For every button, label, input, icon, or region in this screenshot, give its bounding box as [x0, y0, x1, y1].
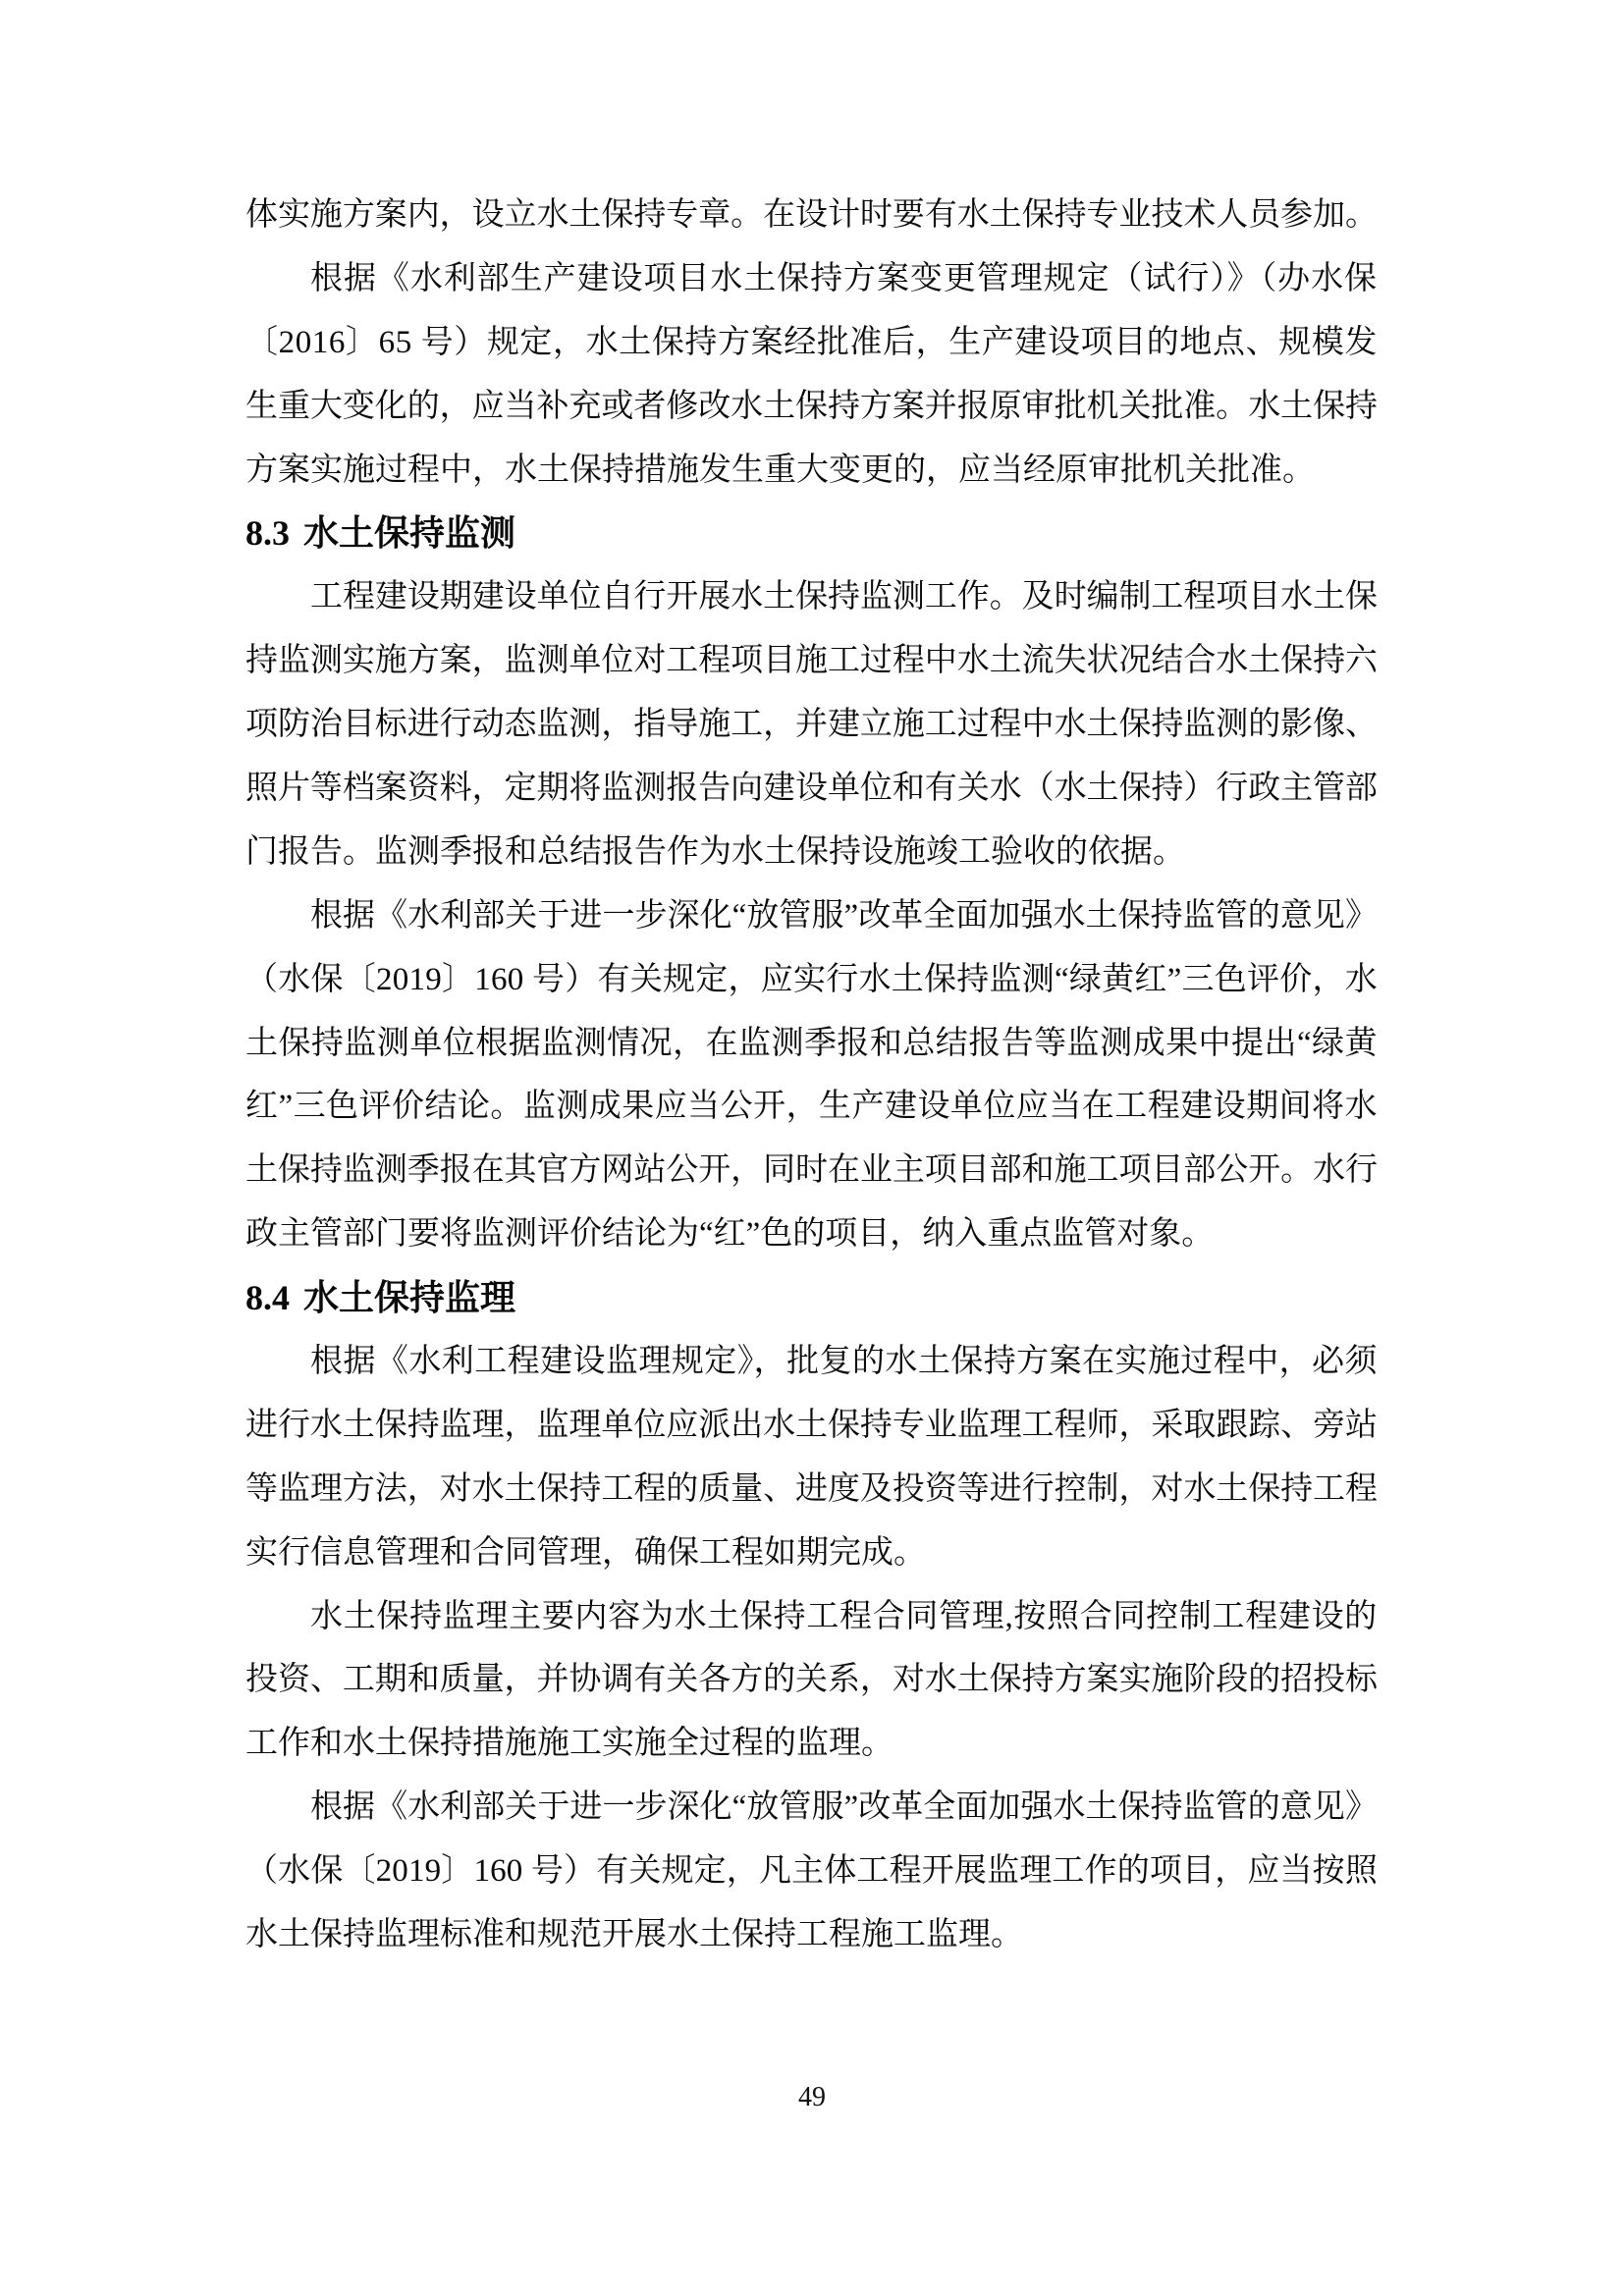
body-line: 根据《水利部关于进一步深化“放管服”改革全面加强水土保持监管的意见》	[245, 1776, 1378, 1840]
body-line: 政主管部门要将监测评价结论为“红”色的项目，纳入重点监管对象。	[245, 1202, 1378, 1266]
document-body: 体实施方案内，设立水土保持专章。在设计时要有水土保持专业技术人员参加。根据《水利…	[245, 184, 1378, 1967]
body-line-text: 根据《水利部关于进一步深化“放管服”改革全面加强水土保持监管的意见》	[310, 1789, 1378, 1825]
body-line: 土保持监测单位根据监测情况，在监测季报和总结报告等监测成果中提出“绿黄	[245, 1012, 1378, 1076]
body-line-text: （水保〔2019〕160 号）有关规定，应实行水土保持监测“绿黄红”三色评价，水	[245, 962, 1378, 997]
body-line: 等监理方法，对水土保持工程的质量、进度及投资等进行控制，对水土保持工程	[245, 1458, 1378, 1522]
body-line-text: 根据《水利工程建设监理规定》，批复的水土保持方案在实施过程中，必须	[310, 1344, 1378, 1379]
body-line: 水土保持监理主要内容为水土保持工程合同管理,按照合同控制工程建设的	[245, 1585, 1378, 1649]
body-line-text: 土保持监测单位根据监测情况，在监测季报和总结报告等监测成果中提出“绿黄	[245, 1026, 1378, 1061]
body-line-text: 门报告。监测季报和总结报告作为水土保持设施竣工验收的依据。	[245, 834, 1185, 870]
body-line: 投资、工期和质量，并协调有关各方的关系，对水土保持方案实施阶段的招投标	[245, 1648, 1378, 1712]
body-line: 门报告。监测季报和总结报告作为水土保持设施竣工验收的依据。	[245, 821, 1378, 884]
body-line-text: 等监理方法，对水土保持工程的质量、进度及投资等进行控制，对水土保持工程	[245, 1471, 1378, 1507]
page-number: 49	[0, 2082, 1624, 2113]
body-line: 根据《水利工程建设监理规定》，批复的水土保持方案在实施过程中，必须	[245, 1330, 1378, 1394]
section-heading-8.4: 8.4水土保持监理	[245, 1266, 1378, 1330]
body-line-text: 土保持监测季报在其官方网站公开，同时在业主项目部和施工项目部公开。水行	[245, 1152, 1378, 1188]
section-heading-8.3: 8.3水土保持监测	[245, 502, 1378, 565]
body-line-text: 水土保持监理标准和规范开展水土保持工程施工监理。	[245, 1917, 1023, 1952]
body-line-text: 投资、工期和质量，并协调有关各方的关系，对水土保持方案实施阶段的招投标	[245, 1662, 1378, 1697]
body-line: 工程建设期建设单位自行开展水土保持监测工作。及时编制工程项目水土保	[245, 565, 1378, 629]
body-line-text: 持监测实施方案，监测单位对工程项目施工过程中水土流失状况结合水土保持六	[245, 643, 1378, 678]
body-line: （水保〔2019〕160 号）有关规定，凡主体工程开展监理工作的项目，应当按照	[245, 1840, 1378, 1903]
body-line-text: 红”三色评价结论。监测成果应当公开，生产建设单位应当在工程建设期间将水	[245, 1089, 1378, 1124]
body-line: 进行水土保持监理，监理单位应派出水土保持专业监理工程师，采取跟踪、旁站	[245, 1394, 1378, 1458]
body-line-text: 项防治目标进行动态监测，指导施工，并建立施工过程中水土保持监测的影像、	[245, 707, 1378, 742]
body-line: 实行信息管理和合同管理，确保工程如期完成。	[245, 1522, 1378, 1585]
body-line: 根据《水利部生产建设项目水土保持方案变更管理规定（试行）》（办水保	[245, 247, 1378, 311]
heading-title: 水土保持监测	[303, 513, 515, 553]
body-line-text: （水保〔2019〕160 号）有关规定，凡主体工程开展监理工作的项目，应当按照	[245, 1853, 1378, 1889]
body-line-text: 生重大变化的，应当补充或者修改水土保持方案并报原审批机关批准。水土保持	[245, 389, 1378, 424]
body-line: 工作和水土保持措施施工实施全过程的监理。	[245, 1712, 1378, 1776]
document-page: 体实施方案内，设立水土保持专章。在设计时要有水土保持专业技术人员参加。根据《水利…	[0, 0, 1624, 2296]
body-line-text: 体实施方案内，设立水土保持专章。在设计时要有水土保持专业技术人员参加。	[245, 197, 1378, 233]
body-line: 根据《水利部关于进一步深化“放管服”改革全面加强水土保持监管的意见》	[245, 884, 1378, 948]
body-line: 持监测实施方案，监测单位对工程项目施工过程中水土流失状况结合水土保持六	[245, 629, 1378, 693]
body-line: 项防治目标进行动态监测，指导施工，并建立施工过程中水土保持监测的影像、	[245, 693, 1378, 757]
body-line: 水土保持监理标准和规范开展水土保持工程施工监理。	[245, 1903, 1378, 1967]
body-line: 〔2016〕65 号）规定，水土保持方案经批准后，生产建设项目的地点、规模发	[245, 311, 1378, 375]
body-line: 土保持监测季报在其官方网站公开，同时在业主项目部和施工项目部公开。水行	[245, 1139, 1378, 1202]
body-line-text: 方案实施过程中，水土保持措施发生重大变更的，应当经原审批机关批准。	[245, 453, 1315, 488]
body-line-text: 进行水土保持监理，监理单位应派出水土保持专业监理工程师，采取跟踪、旁站	[245, 1408, 1378, 1443]
body-line: 体实施方案内，设立水土保持专章。在设计时要有水土保持专业技术人员参加。	[245, 184, 1378, 247]
body-line-text: 实行信息管理和合同管理，确保工程如期完成。	[245, 1535, 926, 1571]
body-line: 生重大变化的，应当补充或者修改水土保持方案并报原审批机关批准。水土保持	[245, 375, 1378, 439]
heading-number: 8.4	[245, 1278, 290, 1317]
body-line: （水保〔2019〕160 号）有关规定，应实行水土保持监测“绿黄红”三色评价，水	[245, 948, 1378, 1012]
body-line-text: 水土保持监理主要内容为水土保持工程合同管理,按照合同控制工程建设的	[310, 1599, 1378, 1634]
body-line-text: 工程建设期建设单位自行开展水土保持监测工作。及时编制工程项目水土保	[310, 579, 1378, 614]
body-line: 方案实施过程中，水土保持措施发生重大变更的，应当经原审批机关批准。	[245, 439, 1378, 503]
heading-number: 8.3	[245, 513, 290, 553]
body-line: 照片等档案资料，定期将监测报告向建设单位和有关水（水土保持）行政主管部	[245, 757, 1378, 821]
body-line-text: 根据《水利部生产建设项目水土保持方案变更管理规定（试行）》（办水保	[310, 261, 1378, 296]
body-line-text: 政主管部门要将监测评价结论为“红”色的项目，纳入重点监管对象。	[245, 1216, 1214, 1252]
body-line-text: 照片等档案资料，定期将监测报告向建设单位和有关水（水土保持）行政主管部	[245, 771, 1378, 806]
heading-title: 水土保持监理	[303, 1278, 515, 1317]
body-line-text: 〔2016〕65 号）规定，水土保持方案经批准后，生产建设项目的地点、规模发	[245, 325, 1378, 360]
body-line-text: 根据《水利部关于进一步深化“放管服”改革全面加强水土保持监管的意见》	[310, 898, 1378, 934]
body-line-text: 工作和水土保持措施施工实施全过程的监理。	[245, 1726, 893, 1761]
body-line: 红”三色评价结论。监测成果应当公开，生产建设单位应当在工程建设期间将水	[245, 1075, 1378, 1139]
